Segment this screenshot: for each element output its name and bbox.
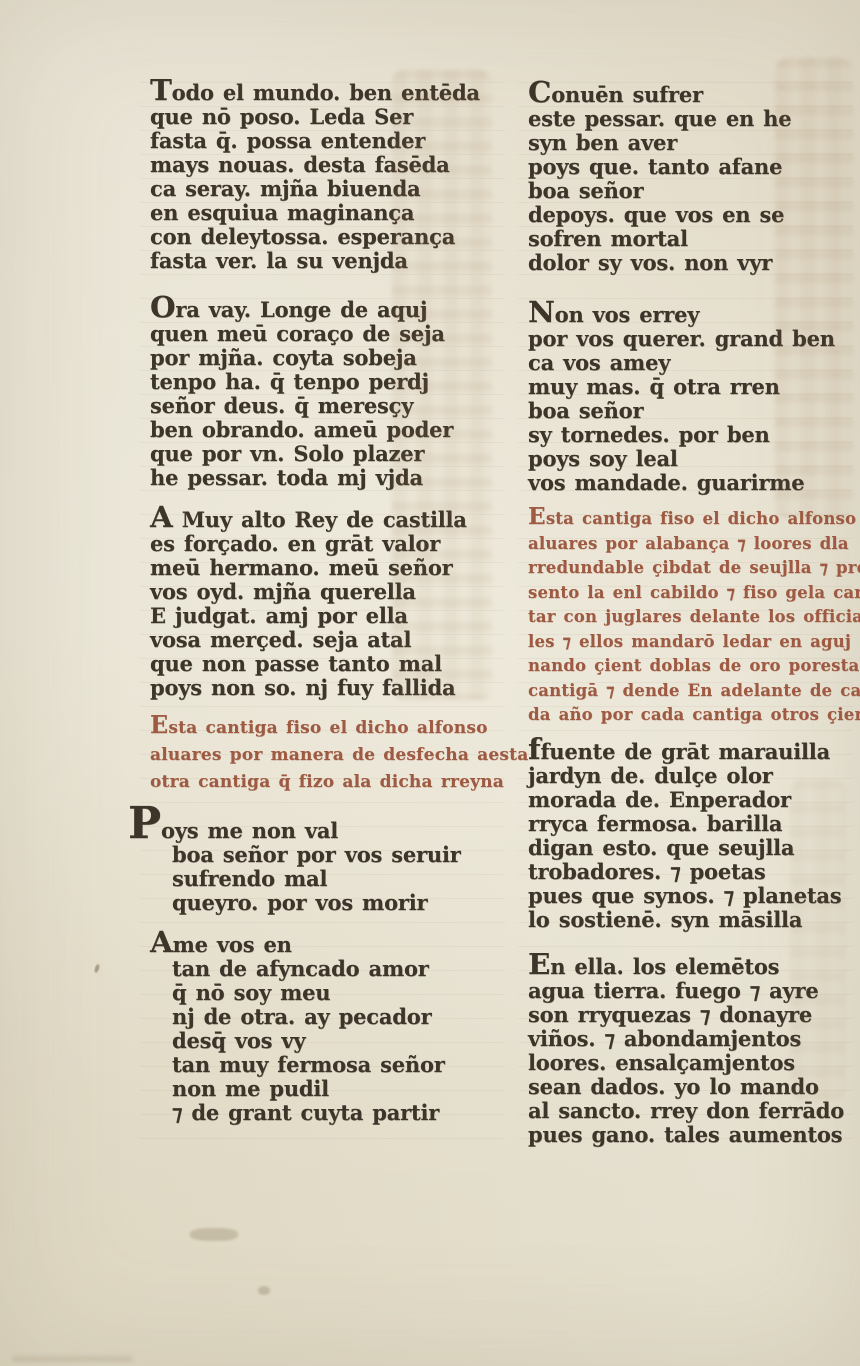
- verse-stanza: Conuēn sufrereste pessar. que en hesyn b…: [528, 80, 853, 275]
- rubric-line: cantigā ⁊ dende En adelante de ca: [528, 679, 853, 704]
- rubric-line: otra cantiga q̄ fizo ala dicha rreyna: [150, 769, 505, 796]
- verse-line: vos oyd. mjña querella: [150, 580, 505, 604]
- verse-line: con deleytossa. esperança: [150, 225, 505, 249]
- left-text-column: Todo el mundo. ben entēdaque nō poso. Le…: [140, 60, 505, 1160]
- verse-line: meū hermano. meū señor: [150, 556, 505, 580]
- verse-line: viños. ⁊ abondamjentos: [528, 1027, 853, 1051]
- verse-stanza: En ella. los elemētosagua tierra. fuego …: [528, 952, 853, 1147]
- verse-line: boa señor por vos seruir: [150, 843, 505, 867]
- rubric-line: aluares por alabança ⁊ loores dla: [528, 532, 853, 557]
- verse-line: syn ben aver: [528, 131, 853, 155]
- verse-stanza: A Muy alto Rey de castillaes forçado. en…: [150, 505, 505, 700]
- stain-spot: [258, 1286, 270, 1295]
- verse-line: ca seray. mjña biuenda: [150, 177, 505, 201]
- manuscript-page: Todo el mundo. ben entēdaque nō poso. Le…: [0, 0, 860, 1366]
- verse-line: sean dados. yo lo mando: [528, 1075, 853, 1099]
- right-text-column: Conuēn sufrereste pessar. que en hesyn b…: [518, 60, 853, 1160]
- verse-stanza: Non vos erreypor vos querer. grand benca…: [528, 300, 853, 495]
- verse-line: nj de otra. ay pecador: [150, 1005, 505, 1029]
- verse-line: Conuēn sufrer: [528, 80, 853, 107]
- verse-line: este pessar. que en he: [528, 107, 853, 131]
- verse-line: poys soy leal: [528, 447, 853, 471]
- verse-line: al sancto. rrey don ferrādo: [528, 1099, 853, 1123]
- verse-line: he pessar. toda mj vjda: [150, 466, 505, 490]
- verse-line: morada de. Enperador: [528, 788, 853, 812]
- rubric-line: Esta cantiga fiso el dicho alfonso: [528, 505, 853, 532]
- verse-line: vos mandade. guarirme: [528, 471, 853, 495]
- verse-line: agua tierra. fuego ⁊ ayre: [528, 979, 853, 1003]
- verse-line: Todo el mundo. ben entēda: [150, 78, 505, 105]
- verse-stanza: ffuente de grāt marauillajardyn de. dulç…: [528, 737, 853, 932]
- verse-line: sofren mortal: [528, 227, 853, 251]
- verse-line: pues gano. tales aumentos: [528, 1123, 853, 1147]
- verse-line: non me pudil: [150, 1077, 505, 1101]
- verse-line: muy mas. q̄ otra rren: [528, 375, 853, 399]
- verse-line: digan esto. que seujlla: [528, 836, 853, 860]
- verse-line: vosa merçed. seja atal: [150, 628, 505, 652]
- rubric-line: rredundable çibdat de seujlla ⁊ pre: [528, 556, 853, 581]
- verse-line: por mjña. coyta sobeja: [150, 346, 505, 370]
- verse-line: dolor sy vos. non vyr: [528, 251, 853, 275]
- verse-line: q̄ nō soy meu: [150, 981, 505, 1005]
- verse-line: fasta q̄. possa entender: [150, 129, 505, 153]
- verse-line: tan de afyncado amor: [150, 957, 505, 981]
- verse-line: mays nouas. desta fasēda: [150, 153, 505, 177]
- verse-line: que por vn. Solo plazer: [150, 442, 505, 466]
- verse-line: Ora vay. Longe de aquj: [150, 295, 505, 322]
- verse-line: quen meū coraço de seja: [150, 322, 505, 346]
- verse-line: Poys me non val: [150, 812, 505, 843]
- verse-line: depoys. que vos en se: [528, 203, 853, 227]
- verse-line: fasta ver. la su venjda: [150, 249, 505, 273]
- rubric-line: tar con juglares delante los officia: [528, 605, 853, 630]
- verse-line: jardyn de. dulçe olor: [528, 764, 853, 788]
- verse-line: en esquiua maginança: [150, 201, 505, 225]
- verse-line: ben obrando. ameū poder: [150, 418, 505, 442]
- rubric-line: les ⁊ ellos mandarō ledar en aguj: [528, 630, 853, 655]
- verse-line: sufrendo mal: [150, 867, 505, 891]
- verse-line: poys que. tanto afane: [528, 155, 853, 179]
- verse-line: que nō poso. Leda Ser: [150, 105, 505, 129]
- verse-stanza: Poys me non valboa señor por vos seruirs…: [150, 812, 505, 915]
- verse-line: que non passe tanto mal: [150, 652, 505, 676]
- rubric-line: sento la enl cabildo ⁊ fiso gela can: [528, 581, 853, 606]
- verse-stanza: Todo el mundo. ben entēdaque nō poso. Le…: [150, 78, 505, 273]
- verse-line: son rryquezas ⁊ donayre: [528, 1003, 853, 1027]
- verse-line: E judgat. amj por ella: [150, 604, 505, 628]
- verse-line: es forçado. en grāt valor: [150, 532, 505, 556]
- ink-speck: [94, 964, 101, 974]
- verse-line: rryca fermosa. barilla: [528, 812, 853, 836]
- stain-smudge: [190, 1228, 238, 1241]
- verse-line: A Muy alto Rey de castilla: [150, 505, 505, 532]
- verse-line: boa señor: [528, 399, 853, 423]
- verse-line: loores. ensalçamjentos: [528, 1051, 853, 1075]
- verse-line: ⁊ de grant cuyta partir: [150, 1101, 505, 1125]
- verse-line: pues que synos. ⁊ planetas: [528, 884, 853, 908]
- edge-shadow: [12, 1356, 132, 1362]
- rubric-block: Esta cantiga fiso el dicho alfonsoaluare…: [528, 505, 853, 728]
- verse-stanza: Ame vos entan de afyncado amorq̄ nō soy …: [150, 930, 505, 1125]
- rubric-line: nando çient doblas de oro poresta: [528, 654, 853, 679]
- verse-line: sy tornedes. por ben: [528, 423, 853, 447]
- verse-line: lo sostienē. syn māsilla: [528, 908, 853, 932]
- verse-line: ca vos amey: [528, 351, 853, 375]
- rubric-line: Esta cantiga fiso el dicho alfonso: [150, 712, 505, 742]
- verse-line: por vos querer. grand ben: [528, 327, 853, 351]
- verse-line: En ella. los elemētos: [528, 952, 853, 979]
- verse-line: tenpo ha. q̄ tenpo perdj: [150, 370, 505, 394]
- verse-line: Non vos errey: [528, 300, 853, 327]
- verse-line: boa señor: [528, 179, 853, 203]
- rubric-line: da año por cada cantiga otros çiento: [528, 703, 853, 728]
- rubric-block: Esta cantiga fiso el dicho alfonsoaluare…: [150, 712, 505, 796]
- verse-line: desq̄ vos vy: [150, 1029, 505, 1053]
- verse-line: Ame vos en: [150, 930, 505, 957]
- verse-stanza: Ora vay. Longe de aqujquen meū coraço de…: [150, 295, 505, 490]
- rubric-line: aluares por manera de desfecha aesta: [150, 742, 505, 769]
- verse-line: trobadores. ⁊ poetas: [528, 860, 853, 884]
- verse-line: ffuente de grāt marauilla: [528, 737, 853, 764]
- verse-line: poys non so. nj fuy fallida: [150, 676, 505, 700]
- verse-line: tan muy fermosa señor: [150, 1053, 505, 1077]
- verse-line: señor deus. q̄ meresçy: [150, 394, 505, 418]
- verse-line: queyro. por vos morir: [150, 891, 505, 915]
